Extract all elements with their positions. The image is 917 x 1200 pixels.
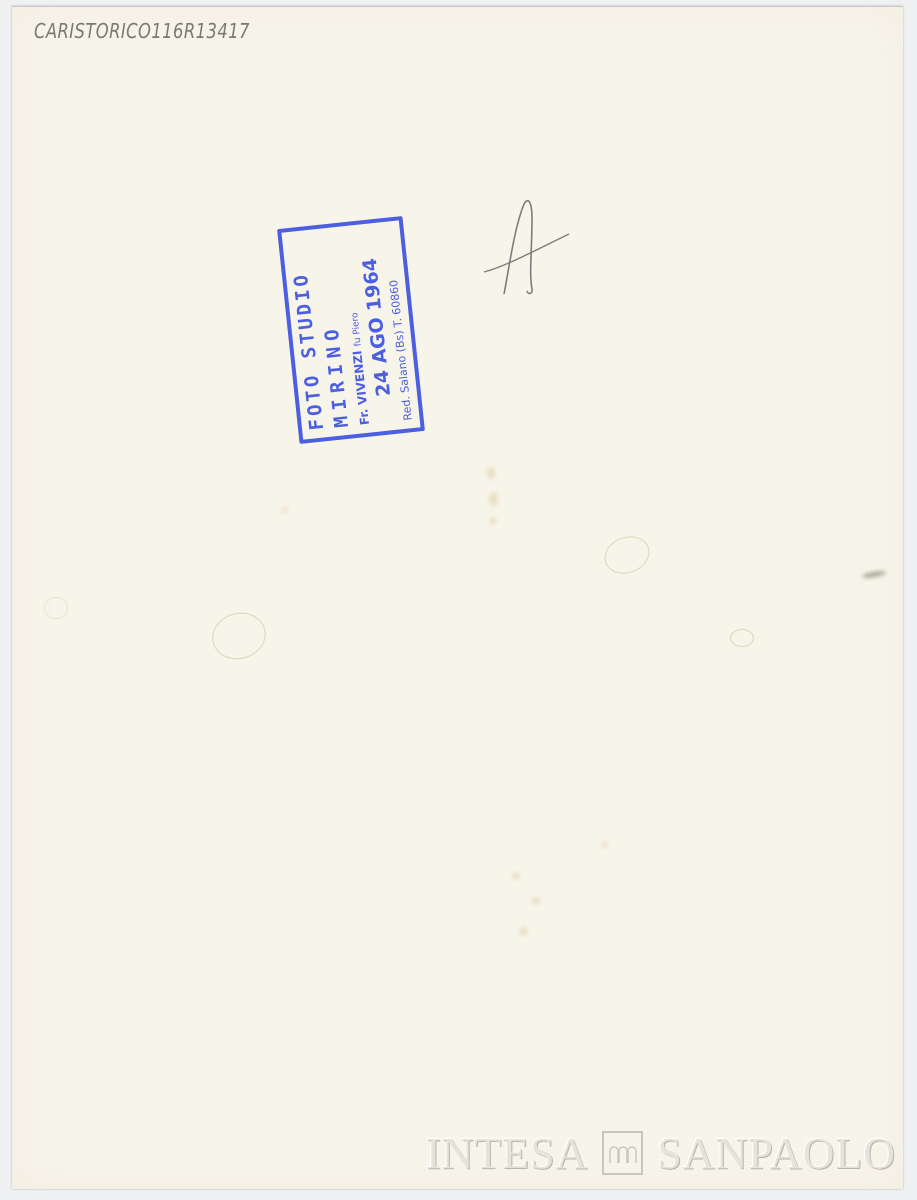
stamp-owner-main: Fr. VIVENZI — [350, 350, 372, 426]
stain-ring — [730, 629, 754, 647]
stain-ring — [207, 607, 271, 665]
stain-spot — [490, 517, 496, 525]
archive-id: CARISTORICO116R13417 — [34, 19, 250, 43]
intesa-sanpaolo-watermark: INTESA SANPAOLO — [426, 1128, 896, 1178]
stain-spot — [602, 842, 608, 848]
stain-spot — [532, 897, 540, 905]
stain-spot — [489, 492, 498, 506]
stamp-owner-small: fu Piero — [350, 312, 364, 347]
stain-ring — [44, 597, 68, 619]
stain-spot — [282, 507, 288, 513]
stain-ring — [599, 530, 655, 580]
photo-back-paper: CARISTORICO116R13417 FOTO STUDIO MIRINO … — [12, 6, 903, 1189]
stain-spot — [512, 872, 520, 880]
stain-spot — [862, 570, 887, 579]
watermark-right-text: SANPAOLO — [657, 1128, 896, 1179]
stain-spot — [519, 927, 528, 936]
stain-spot — [487, 467, 495, 479]
photo-studio-stamp: FOTO STUDIO MIRINO Fr. VIVENZI fu Piero … — [277, 216, 425, 444]
pencil-letter-a-icon — [474, 189, 584, 309]
bank-arch-logo-icon — [602, 1131, 643, 1175]
watermark-left-text: INTESA — [426, 1128, 588, 1179]
